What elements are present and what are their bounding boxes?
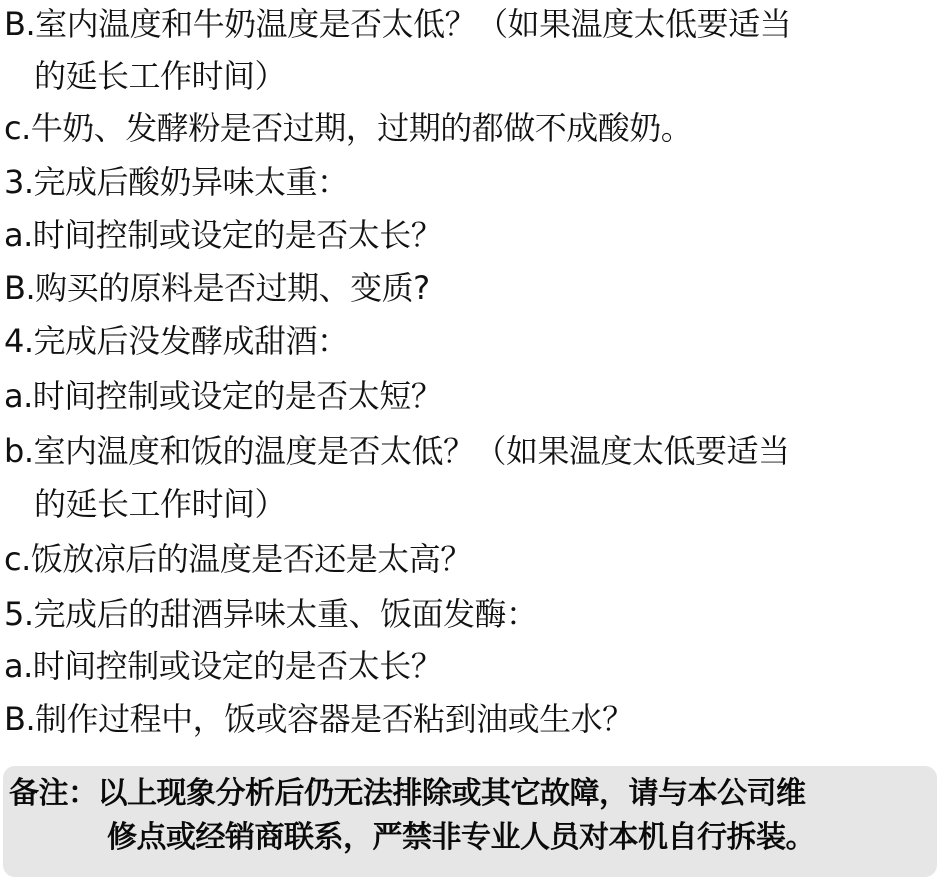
item-line-continuation: 的延长工作时间） [34,50,286,102]
item-line: a.时间控制或设定的是否太长？ [4,209,442,261]
item-line: c.饭放凉后的温度是否还是太高？ [4,533,472,585]
item-line: B.制作过程中，饭或容器是否粘到油或生水？ [4,693,634,745]
item-line: B.室内温度和牛奶温度是否太低？（如果温度太低要适当 [4,0,791,50]
note-text-line-1: 备注：以上现象分析后仍无法排除或其它故障，请与本公司维 [9,772,806,816]
item-line: a.时间控制或设定的是否太短？ [4,370,442,422]
note-text-line-2: 修点或经销商联系，严禁非专业人员对本机自行拆装。 [107,816,815,860]
item-line: c.牛奶、发酵粉是否过期，过期的都做不成酸奶。 [4,102,692,154]
item-line-continuation: 的延长工作时间） [34,478,286,530]
section-heading-3: 3.完成后酸奶异味太重： [4,156,349,208]
section-heading-5: 5.完成后的甜酒异味太重、饭面发酶： [4,588,538,640]
section-heading-4: 4.完成后没发酵成甜酒： [4,315,349,367]
note-box: 备注：以上现象分析后仍无法排除或其它故障，请与本公司维 修点或经销商联系，严禁非… [3,766,937,877]
item-line: a.时间控制或设定的是否太长？ [4,640,442,692]
item-line: B.购买的原料是否过期、变质? [4,262,430,314]
item-line: b.室内温度和饭的温度是否太低？（如果温度太低要适当 [4,425,790,477]
